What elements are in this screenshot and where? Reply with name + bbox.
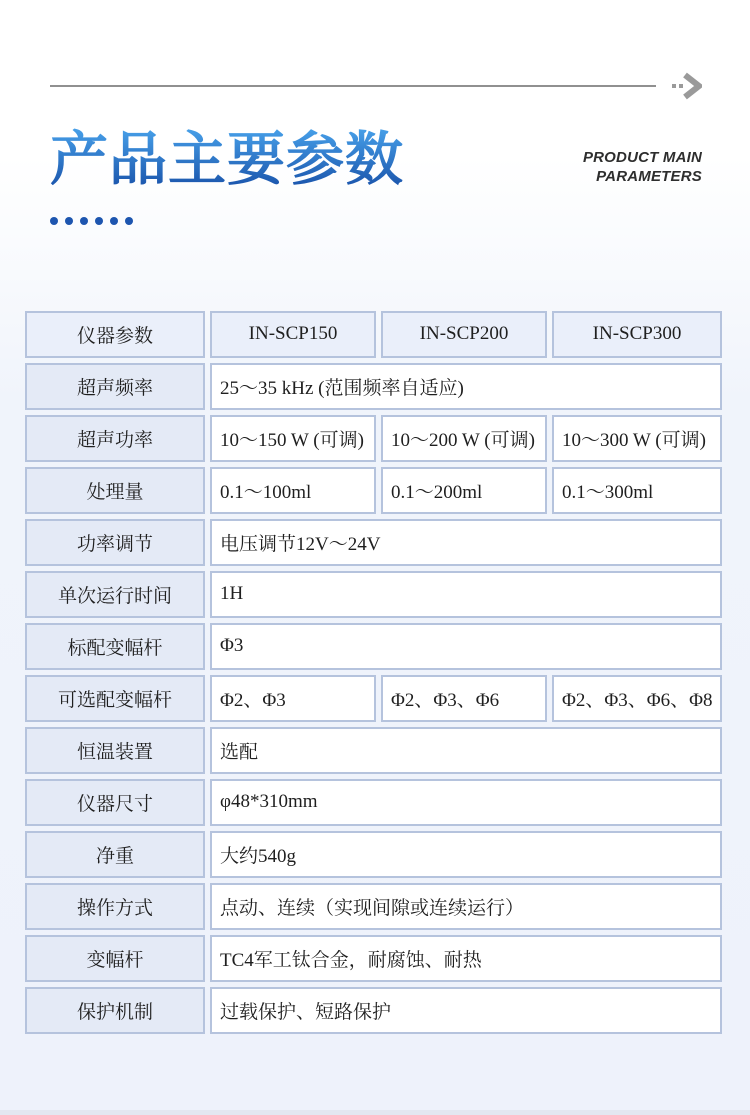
row-label: 单次运行时间	[25, 571, 205, 618]
title-dot	[50, 217, 58, 225]
page-title: 产品主要参数	[50, 128, 404, 193]
spec-table: 仪器参数IN-SCP150IN-SCP200IN-SCP300超声频率25～35…	[25, 311, 722, 1034]
bottom-edge-strip	[0, 1110, 750, 1115]
row-label: 功率调节	[25, 519, 205, 566]
cell-value: 0.1～100ml	[210, 467, 376, 514]
cell-value: 10～300 W (可调)	[552, 415, 722, 462]
row-label: 超声功率	[25, 415, 205, 462]
cell-value: 1H	[210, 571, 722, 618]
table-header-model: IN-SCP200	[381, 311, 547, 358]
cell-value: 点动、连续（实现间隙或连续运行）	[210, 883, 722, 930]
cell-value: Φ2、Φ3、Φ6	[381, 675, 547, 722]
title-row: 产品主要参数 PRODUCT MAIN PARAMETERS	[50, 128, 702, 193]
cell-value: TC4军工钛合金，耐腐蚀、耐热	[210, 935, 722, 982]
row-label: 仪器尺寸	[25, 779, 205, 826]
divider-line	[50, 85, 656, 87]
row-label: 可选配变幅杆	[25, 675, 205, 722]
cell-value: 10～150 W (可调)	[210, 415, 376, 462]
table-header-model: IN-SCP300	[552, 311, 722, 358]
title-dot	[95, 217, 103, 225]
cell-value: 大约540g	[210, 831, 722, 878]
title-dot	[65, 217, 73, 225]
row-label: 处理量	[25, 467, 205, 514]
cell-value: 10～200 W (可调)	[381, 415, 547, 462]
cell-value: 0.1～200ml	[381, 467, 547, 514]
row-label: 恒温装置	[25, 727, 205, 774]
cell-value: 过载保护、短路保护	[210, 987, 722, 1034]
subtitle-line-2: PARAMETERS	[583, 167, 702, 186]
cell-value: 0.1～300ml	[552, 467, 722, 514]
row-label: 变幅杆	[25, 935, 205, 982]
cell-value: 25～35 kHz (范围频率自适应)	[210, 363, 722, 410]
header-rule-row	[50, 72, 702, 100]
cell-value: 电压调节12V～24V	[210, 519, 722, 566]
cell-value: Φ3	[210, 623, 722, 670]
section-header: 产品主要参数 PRODUCT MAIN PARAMETERS	[0, 0, 750, 225]
row-label: 超声频率	[25, 363, 205, 410]
table-header-label: 仪器参数	[25, 311, 205, 358]
title-dot	[80, 217, 88, 225]
subtitle-line-1: PRODUCT MAIN	[583, 148, 702, 167]
title-dots-ornament	[50, 217, 702, 225]
row-label: 保护机制	[25, 987, 205, 1034]
cell-value: Φ2、Φ3、Φ6、Φ8	[552, 675, 722, 722]
row-label: 操作方式	[25, 883, 205, 930]
cell-value: 选配	[210, 727, 722, 774]
row-label: 标配变幅杆	[25, 623, 205, 670]
subtitle-english: PRODUCT MAIN PARAMETERS	[583, 148, 702, 186]
title-dot	[125, 217, 133, 225]
table-header-model: IN-SCP150	[210, 311, 376, 358]
chevron-right-icon	[672, 72, 702, 100]
title-dot	[110, 217, 118, 225]
cell-value: φ48*310mm	[210, 779, 722, 826]
cell-value: Φ2、Φ3	[210, 675, 376, 722]
row-label: 净重	[25, 831, 205, 878]
